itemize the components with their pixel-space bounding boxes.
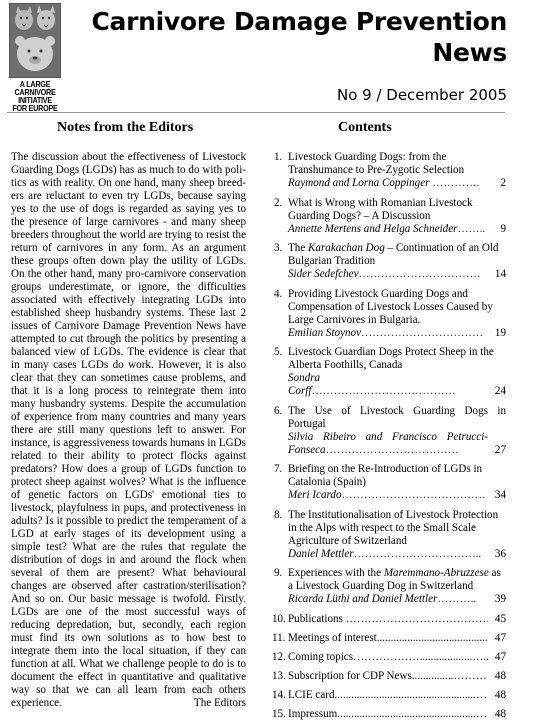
toc-entry-body: The Use of Livestock Guarding Dogs in Po…: [288, 405, 506, 457]
toc-entry-body: The Institutionalisation of Livestock Pr…: [288, 509, 506, 561]
toc-entry-page: 48: [488, 708, 506, 721]
toc-entry-body: Experiences with the Maremmano-Abruzzese…: [288, 567, 506, 606]
toc-entry-title: Impressum...............................…: [288, 708, 488, 721]
toc-entry-title: Subscription for CDP News...............…: [288, 670, 488, 683]
toc-entry-number: 10.: [272, 613, 288, 626]
toc-entry-page: 9: [488, 223, 506, 236]
toc-entry-title: Publications ………………………………………: [288, 613, 488, 626]
toc-entry[interactable]: 7.Briefing on the Re-Introduction of LGD…: [274, 463, 506, 502]
editorial-heading: Notes from the Editors: [57, 120, 193, 136]
toc-entry-page: 19: [488, 327, 506, 340]
toc-entry[interactable]: 10.Publications ………………………………………45: [274, 613, 506, 626]
toc-entry-title: What is Wrong with Romanian Livestock Gu…: [288, 197, 506, 223]
toc-entry-body: Providing Livestock Guarding Dogs and Co…: [288, 288, 506, 340]
newsletter-title: Carnivore Damage Prevention News: [91, 6, 507, 68]
toc-entry[interactable]: 9.Experiences with the Maremmano-Abruzze…: [274, 567, 506, 606]
toc-entry-number: 1.: [274, 151, 288, 190]
toc-entry[interactable]: 4.Providing Livestock Guarding Dogs and …: [274, 288, 506, 340]
toc-entry-authors: Ricarda Lüthi and Daniel Mettler: [288, 593, 437, 605]
toc-entry-number: 14.: [272, 689, 288, 702]
toc-entry-page: 14: [488, 268, 506, 281]
toc-entry-number: 13.: [272, 670, 288, 683]
logo-text-line: FOR EUROPE: [12, 104, 58, 112]
lcie-logo: A LARGE CARNIVORE INITIATIVE FOR EUROPE: [8, 3, 62, 112]
header-divider: [7, 112, 505, 113]
toc-entry-number: 2.: [274, 197, 288, 236]
title-text: The Institutionalisation of Livestock Pr…: [288, 509, 498, 547]
issue-info: No 9 / December 2005: [337, 86, 507, 104]
editorial-body: The discussion about the effectiveness o…: [11, 151, 246, 710]
toc-entry[interactable]: 8.The Institutionalisation of Livestock …: [274, 509, 506, 561]
toc-entry[interactable]: 13.Subscription for CDP News............…: [274, 670, 506, 683]
toc-entry[interactable]: 5.Livestock Guardian Dogs Protect Sheep …: [274, 346, 506, 398]
toc-entry[interactable]: 2.What is Wrong with Romanian Livestock …: [274, 197, 506, 236]
lion-wolf-bear-icon: [9, 3, 61, 78]
toc-entry-number: 11.: [272, 632, 288, 645]
toc-entry-page: 48: [488, 670, 506, 683]
leader-dots: ……………………………..: [354, 548, 482, 560]
toc-entry-body: Livestock Guardian Dogs Protect Sheep in…: [288, 346, 506, 398]
leader-dots: ………….: [429, 177, 479, 189]
editorial-signature: The Editors: [11, 697, 246, 709]
toc-entry-number: 3.: [274, 242, 288, 281]
leader-dots: ………..: [437, 593, 476, 605]
leader-dots: ………………………………: [326, 444, 459, 456]
leader-dots: …………………………………: [311, 385, 455, 397]
toc-entry-title: Experiences with the Maremmano-Abruzzese…: [288, 567, 506, 593]
toc-entry-number: 7.: [274, 463, 288, 502]
toc-entry-body: Briefing on the Re-Introduction of LGDs …: [288, 463, 506, 502]
logo-caption: A LARGE CARNIVORE INITIATIVE FOR EUROPE: [12, 80, 58, 112]
title-italic-text: Karakachan Dog: [308, 242, 385, 254]
toc-entry-title: Briefing on the Re-Introduction of LGDs …: [288, 463, 506, 489]
table-of-contents: 1.Livestock Guarding Dogs: from the Tran…: [274, 151, 506, 723]
toc-entry-title: Providing Livestock Guarding Dogs and Co…: [288, 288, 506, 327]
toc-entry[interactable]: 12.Coming topics………………..................…: [274, 651, 506, 664]
toc-entry-title: The Use of Livestock Guarding Dogs in Po…: [288, 405, 506, 431]
title-text: The: [288, 242, 308, 254]
toc-entry-authors: Annette Mertens and Helga Schneider: [288, 223, 457, 235]
toc-entry-body: Livestock Guarding Dogs: from the Transh…: [288, 151, 506, 190]
toc-entry-title: The Institutionalisation of Livestock Pr…: [288, 509, 506, 548]
toc-entry[interactable]: 3.The Karakachan Dog – Continuation of a…: [274, 242, 506, 281]
toc-entry-page: 48: [488, 689, 506, 702]
toc-entry-number: 4.: [274, 288, 288, 340]
toc-entry[interactable]: 14.LCIE card............................…: [274, 689, 506, 702]
toc-entry-title: Coming topics………………...................….…: [288, 651, 488, 664]
toc-entry-authors: Emilian Stoynov: [288, 327, 361, 339]
toc-entry[interactable]: 15.Impressum............................…: [274, 708, 506, 721]
toc-entry-page: 47: [488, 651, 506, 664]
toc-entry-number: 15.: [272, 708, 288, 721]
toc-entry[interactable]: 6.The Use of Livestock Guarding Dogs in …: [274, 405, 506, 457]
toc-entry-page: 36: [488, 548, 506, 561]
toc-entry-number: 6.: [274, 405, 288, 457]
toc-entry-authors: Raymond and Lorna Coppinger: [288, 177, 429, 189]
toc-entry-page: 2: [488, 177, 506, 190]
toc-entry-authors: Sider Sedefchev: [288, 268, 359, 280]
toc-entry-page: 34: [488, 489, 506, 502]
title-text: Experiences with the: [288, 567, 384, 579]
toc-entry-number: 8.: [274, 509, 288, 561]
toc-entry-title: LCIE card...............................…: [288, 689, 488, 702]
toc-entry-title: Meetings of interest....................…: [288, 632, 488, 645]
toc-entry-authors: Meri Icardo: [288, 489, 342, 501]
toc-entry-title: Livestock Guardian Dogs Protect Sheep in…: [288, 346, 506, 372]
toc-entry-title: The Karakachan Dog – Continuation of an …: [288, 242, 506, 268]
toc-entry-page: 24: [488, 385, 506, 398]
leader-dots: ……………………………: [359, 268, 481, 280]
toc-entry-number: 9.: [274, 567, 288, 606]
toc-entry-number: 5.: [274, 346, 288, 398]
leader-dots: ……………………………: [361, 327, 483, 339]
contents-heading: Contents: [338, 120, 392, 136]
title-text: Livestock Guardian Dogs Protect Sheep in…: [288, 346, 494, 371]
toc-entry[interactable]: 1.Livestock Guarding Dogs: from the Tran…: [274, 151, 506, 190]
title-text: Livestock Guarding Dogs: from the Transh…: [288, 151, 464, 176]
leader-dots: …………………………………: [342, 489, 486, 501]
toc-entry-number: 12.: [272, 651, 288, 664]
leader-dots: ……..: [457, 223, 485, 235]
toc-entry-page: 39: [488, 593, 506, 606]
toc-entry-page: 27: [488, 444, 506, 457]
title-line-1: Carnivore Damage Prevention: [91, 6, 507, 37]
toc-entry-body: What is Wrong with Romanian Livestock Gu…: [288, 197, 506, 236]
title-text: The Use of Livestock Guarding Dogs in Po…: [288, 405, 506, 430]
toc-entry-authors: Daniel Mettler: [288, 548, 354, 560]
toc-entry-title: Livestock Guarding Dogs: from the Transh…: [288, 151, 506, 177]
title-text: What is Wrong with Romanian Livestock Gu…: [288, 197, 473, 222]
toc-entry-page: 47: [488, 632, 506, 645]
toc-entry-page: 45: [488, 613, 506, 626]
title-line-2: News: [91, 37, 507, 68]
title-text: Providing Livestock Guarding Dogs and Co…: [288, 288, 493, 326]
title-italic-text: Maremmano-Abruzzese: [384, 567, 489, 579]
title-text: Briefing on the Re-Introduction of LGDs …: [288, 463, 482, 488]
toc-entry-body: The Karakachan Dog – Continuation of an …: [288, 242, 506, 281]
toc-entry[interactable]: 11.Meetings of interest.................…: [274, 632, 506, 645]
